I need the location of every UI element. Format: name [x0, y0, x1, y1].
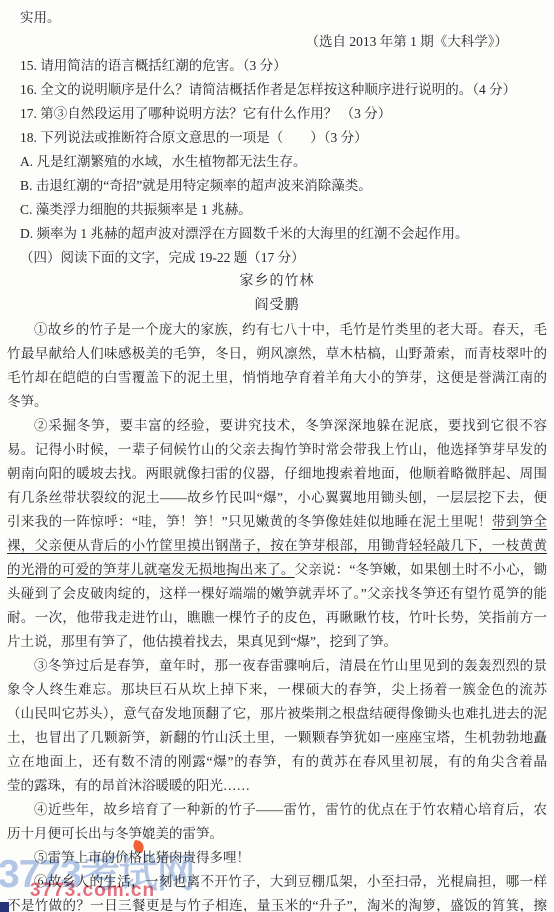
essay-title: 家乡的竹林 [0, 270, 554, 294]
essay-line: 耐。一次，他带我走进竹山，瞧瞧一棵竹子的皮色，再瞅瞅竹枝，竹叶长势，笑指前方一 [7, 606, 547, 630]
essay-line: 土，也冒出了几颗新笋，新翻的竹山沃土里，一颗颗春笋犹如一座座宝塔，生机勃勃地矗 [7, 726, 547, 750]
underlined-passage: 裸，父亲便从背后的小竹筐里摸出钢凿子，按在笋芽根部，用锄背轻轻敲几下，一枝黄黄 [7, 538, 547, 553]
essay-line: 朝南向阳的暖坡去找。两眼就像扫雷的仪器，仔细地搜索着地面，他顺着略微胖起、周围 [7, 462, 547, 486]
question-list: 15. 请用简洁的语言概括红潮的危害。（3 分）16. 全文的说明顺序是什么？请… [20, 54, 544, 246]
question-line: 15. 请用简洁的语言概括红潮的危害。（3 分） [20, 54, 544, 78]
scanned-exam-page: 实用。 （选自 2013 年第 1 期《大科学》） 15. 请用简洁的语言概括红… [0, 0, 554, 912]
corner-artifact-block [0, 902, 9, 912]
essay-line: 象令人终生难忘。那块巨石从坎上掉下来，一棵硕大的春笋，尖上扬着一簇金色的流苏 [7, 678, 547, 702]
essay-line: 冬笋。 [7, 390, 547, 414]
essay-line: 头碰到了会皮破肉绽的，这样一棵好端端的嫩笋就弄坏了。”父亲找冬笋还有望竹觅笋的能 [7, 582, 547, 606]
essay-line: ③冬笋过后是春笋，童年时，那一夜春雷骤响后，清晨在竹山里见到的轰轰烈烈的景 [7, 654, 547, 678]
essay-line: ⑤雷笋上市的价格比猪肉贵得多哩！ [7, 846, 547, 870]
question-line: C. 藻类浮力细胞的共振频率是 1 兆赫。 [20, 198, 544, 222]
essay-line: 竹最早献给人们味感极美的毛笋，冬日，朔风凛然，草木枯槁，山野萧索，而青枝翠叶的 [7, 342, 547, 366]
essay-line: 不是竹做的？一日三餐更是与竹子相连，量玉米的“升子”，淘米的淘箩，盛饭的筲箕，擦 [7, 894, 547, 912]
essay-line: ⑥故乡人的生活，一刻也离不开竹子，大到豆棚瓜架，小至扫帚，光棍扁担，哪一样 [7, 870, 547, 894]
question-line: 17. 第③自然段运用了哪种说明方法？它有什么作用？ （3 分） [20, 102, 544, 126]
essay-line: （山民叫它苏头），意气奋发地顶翻了它，那片被柴荆之根盘结硬得像锄头也难扎进去的泥 [7, 702, 547, 726]
essay-line: 片土说，那里有笋了，他估摸着找去，果真见到“爆”，挖到了笋。 [7, 630, 547, 654]
section-intro: （四）阅读下面的文字，完成 19-22 题（17 分） [20, 246, 544, 270]
essay-line: ②采掘冬笋，要丰富的经验，要讲究技术，冬笋深深地躲在泥底，要找到它很不容 [7, 414, 547, 438]
essay-line: 的光滑的可爱的笋芽儿就毫发无损地掏出来了。父亲说：“冬笋嫩，如果刨土时不小心，锄 [7, 558, 547, 582]
essay-line: ④近些年，故乡培育了一种新的竹子——雷竹，雷竹的优点在于竹农精心培育后，农 [7, 798, 547, 822]
essay-line: 莹的露珠，有的昂首沐浴暖暖的阳光…… [7, 774, 547, 798]
fragment-line: 实用。 [20, 6, 544, 30]
question-section: 实用。 （选自 2013 年第 1 期《大科学》） 15. 请用简洁的语言概括红… [0, 0, 554, 270]
essay-line: 有几条丝带状裂纹的泥土——故乡竹民叫“爆”，小心翼翼地用锄头刨，一层层挖下去，便 [7, 486, 547, 510]
question-line: A. 凡是红潮繁殖的水域，水生植物都无法生存。 [20, 150, 544, 174]
source-citation: （选自 2013 年第 1 期《大科学》） [20, 30, 544, 54]
question-line: 18. 下列说法或推断符合原文意思的一项是（ ）（3 分） [20, 126, 544, 150]
essay-line: 易。记得小时候，一辈子伺候竹山的父亲去掏竹笋时常会带我上竹山，他选择笋芽早发的 [7, 438, 547, 462]
essay-line: 毛竹却在皑皑的白雪覆盖下的泥土里，悄悄地孕育着羊角大小的笋芽，这便是誉满江南的 [7, 366, 547, 390]
essay-line: 历十月便可长出与冬笋媲美的雷笋。 [7, 822, 547, 846]
essay-body: ①故乡的竹子是一个庞大的家族，约有七八十中，毛竹是竹类里的老大哥。春天，毛竹最早… [0, 318, 554, 912]
essay-line: 裸，父亲便从背后的小竹筐里摸出钢凿子，按在笋芽根部，用锄背轻轻敲几下，一枝黄黄 [7, 534, 547, 558]
essay-line: ①故乡的竹子是一个庞大的家族，约有七八十中，毛竹是竹类里的老大哥。春天，毛 [7, 318, 547, 342]
underlined-passage: 的光滑的可爱的笋芽儿就毫发无损地掏出来了。 [7, 562, 295, 577]
question-line: D. 频率为 1 兆赫的超声波对漂浮在方圆数千米的大海里的红潮不会起作用。 [20, 222, 544, 246]
underlined-passage: 带到笋全 [492, 514, 547, 529]
essay-line: 引来我的一阵惊呼：“哇，笋！笋！”只见嫩黄的冬笋像娃娃似地睡在泥土里呢！带到笋全 [7, 510, 547, 534]
question-line: 16. 全文的说明顺序是什么？请简洁概括作者是怎样按这种顺序进行说明的。（4 分… [20, 78, 544, 102]
essay-line: 立在地面上，还有数不清的刚露“爆”的春笋，有的黄苏在春风里初展，有的角尖含着晶 [7, 750, 547, 774]
essay-author: 阎受鹏 [0, 294, 554, 318]
question-line: B. 击退红潮的“奇招”就是用特定频率的超声波来消除藻类。 [20, 174, 544, 198]
